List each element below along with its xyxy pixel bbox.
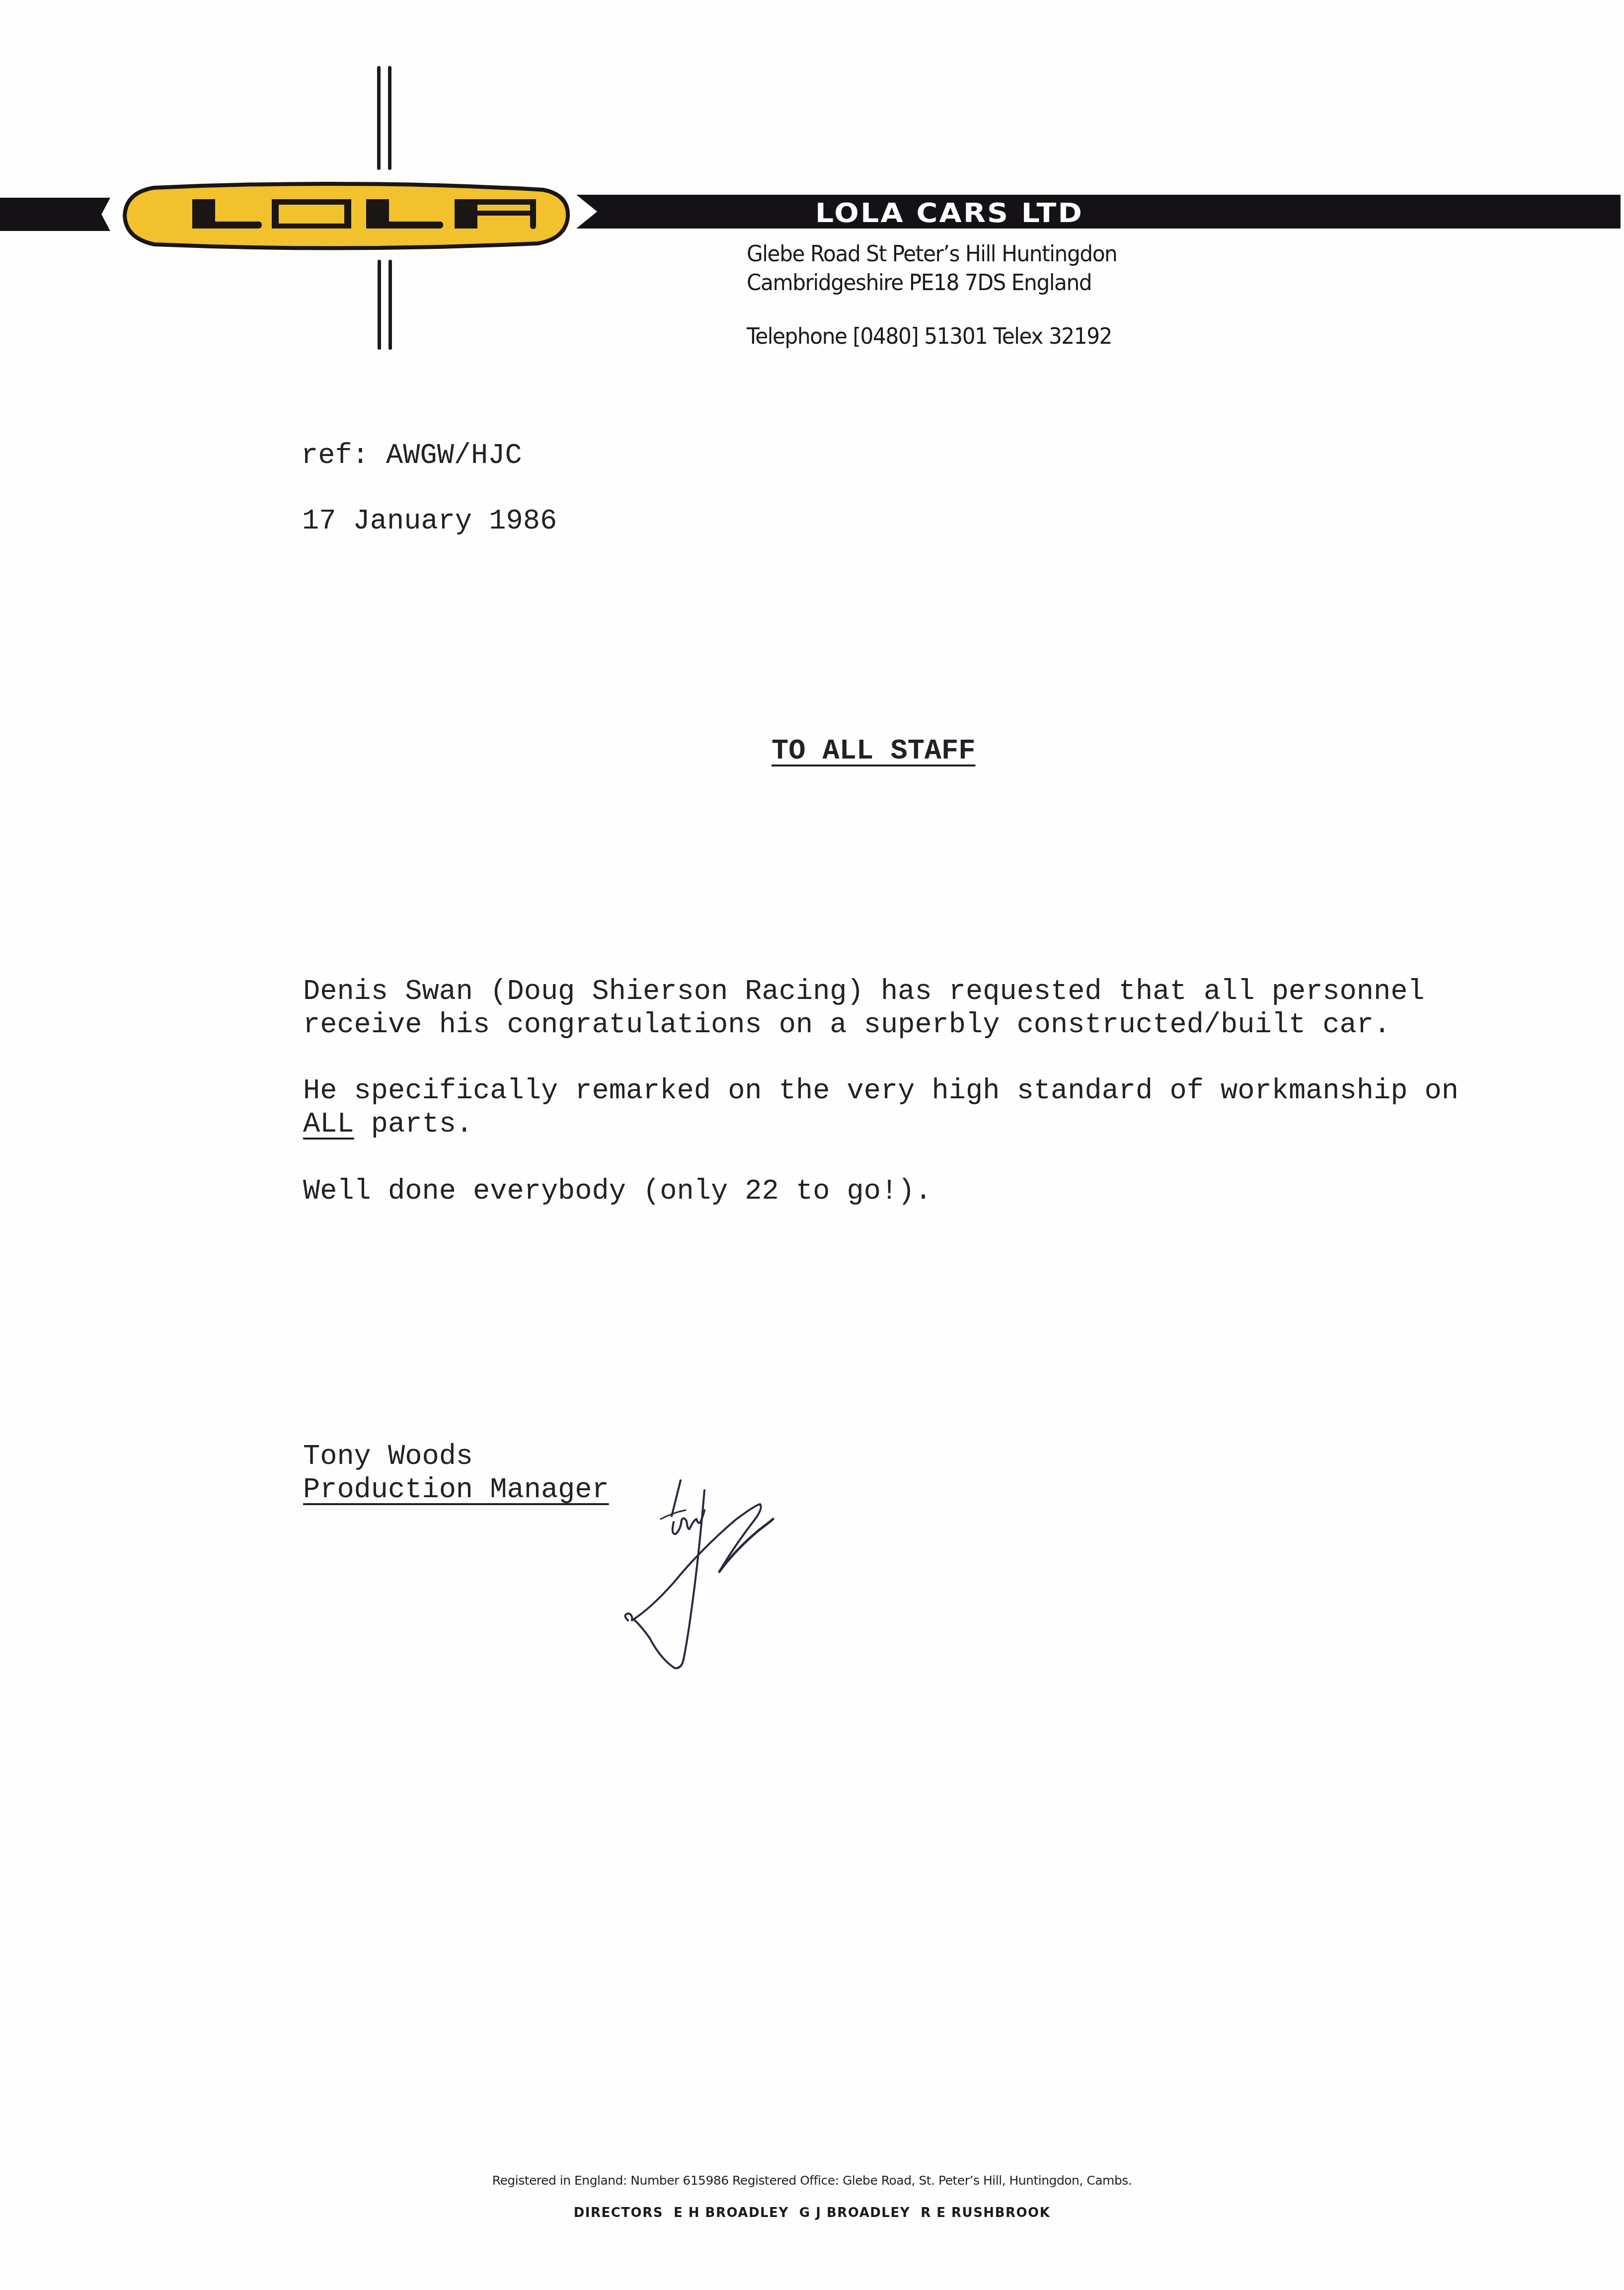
reference-line: ref: AWGW/HJC	[301, 440, 522, 473]
lola-logo-icon	[118, 178, 575, 253]
contact-line: Telephone [0480] 51301 Telex 32192	[747, 324, 1112, 349]
paragraph-2-line-2: ALL parts.	[303, 1108, 473, 1142]
company-name: LOLA CARS LTD	[815, 198, 1083, 229]
footer-directors: DIRECTORS E H BROADLEY G J BROADLEY R E …	[0, 2206, 1624, 2220]
letterhead-bar-right	[576, 195, 1621, 229]
logo-vertical-line-bottom-right	[388, 260, 392, 350]
logo-vertical-line-top-left	[377, 66, 381, 170]
logo-vertical-line-top-right	[388, 66, 391, 170]
logo-vertical-line-bottom-left	[378, 260, 381, 350]
memo-date: 17 January 1986	[302, 505, 557, 538]
paragraph-2-line-2-rest: parts.	[354, 1109, 473, 1141]
paragraph-2-line-1: He specifically remarked on the very hig…	[303, 1075, 1459, 1108]
paragraph-1-line-1: Denis Swan (Doug Shierson Racing) has re…	[303, 976, 1425, 1009]
handwritten-signature	[586, 1460, 864, 1679]
letterhead-bar-left	[0, 198, 110, 231]
emphasis-all: ALL	[303, 1109, 354, 1141]
address-line-2: Cambridgeshire PE18 7DS England	[747, 270, 1091, 296]
signatory-name: Tony Woods	[303, 1441, 473, 1474]
footer-registration: Registered in England: Number 615986 Reg…	[0, 2173, 1624, 2188]
address-line-1: Glebe Road St Peter’s Hill Huntingdon	[747, 241, 1117, 267]
paragraph-3-line-1: Well done everybody (only 22 to go!).	[303, 1175, 932, 1209]
lola-logo	[118, 178, 575, 253]
signature-icon	[586, 1460, 864, 1679]
paragraph-1-line-2: receive his congratulations on a superbl…	[303, 1009, 1391, 1042]
letter-page: LOLA CARS LTD Glebe Road St Peter’s Hill…	[0, 0, 1624, 2290]
signatory-position: Production Manager	[303, 1474, 609, 1507]
memo-title: TO ALL STAFF	[772, 735, 975, 768]
